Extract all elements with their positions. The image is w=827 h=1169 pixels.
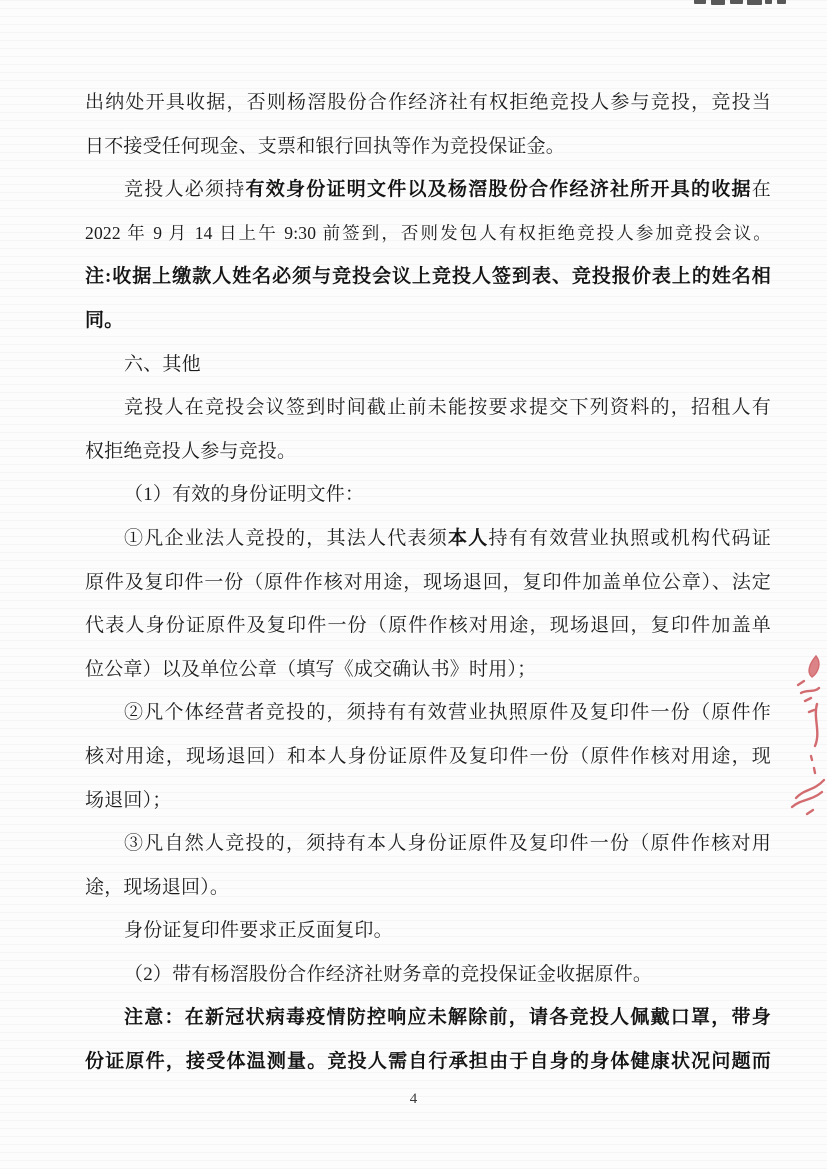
line-text: ③凡自然人竞投的，须持有本人身份证原件及复印件一份（原件作核对用 (124, 833, 771, 854)
line-text-bold: 份证原件，接受体温测量。竞投人需自行承担由于自身的身体健康状况问题而 (85, 1051, 771, 1072)
line-text: 原件及复印件一份（原件作核对用途，现场退回，复印件加盖单位公章）、法定 (85, 572, 771, 593)
scan-artifact (747, 0, 762, 5)
document-line: ①凡企业法人竞投的，其法人代表须本人持有有效营业执照或机构代码证 (85, 517, 771, 561)
document-line: 场退回）； (85, 779, 771, 823)
scan-artifact (765, 0, 772, 4)
line-text: 核对用途，现场退回）和本人身份证原件及复印件一份（原件作核对用途，现 (85, 746, 771, 767)
line-text: 日不接受任何现金、支票和银行回执等作为竞投保证金。 (85, 136, 565, 157)
document-line: 权拒绝竞投人参与竞投。 (85, 430, 771, 474)
document-line: 2022 年 9 月 14 日上午 9:30 前签到，否则发包人有权拒绝竞投人参… (85, 212, 771, 256)
line-text: 位公章）以及单位公章（填写《成交确认书》时用）； (85, 659, 536, 680)
line-text: 权拒绝竞投人参与竞投。 (85, 441, 296, 462)
line-text: 出纳处开具收据，否则杨滘股份合作经济社有权拒绝竞投人参与竞投，竞投当 (85, 92, 771, 113)
red-seal-fragment-icon (787, 648, 827, 823)
line-text: ①凡企业法人竞投的，其法人代表须 (124, 528, 448, 549)
scan-artifact (777, 0, 786, 4)
document-line: 注意：在新冠状病毒疫情防控响应未解除前，请各竞投人佩戴口罩，带身 (85, 996, 771, 1040)
line-text: 2022 年 9 月 14 日上午 9:30 前签到，否则发包人有权拒绝竞投人参… (85, 223, 771, 243)
line-text: 身份证复印件要求正反面复印。 (124, 920, 393, 941)
document-line: 竞投人必须持有效身份证明文件以及杨滘股份合作经济社所开具的收据在 (85, 168, 771, 212)
line-text: （2）带有杨滘股份合作经济社财务章的竞投保证金收据原件。 (124, 964, 652, 985)
document-line: 注:收据上缴款人姓名必须与竞投会议上竞投人签到表、竞投报价表上的姓名相 (85, 255, 771, 299)
scan-artifact (711, 0, 725, 5)
line-text: 代表人身份证原件及复印件一份（原件作核对用途，现场退回，复印件加盖单 (85, 615, 771, 636)
document-line: 份证原件，接受体温测量。竞投人需自行承担由于自身的身体健康状况问题而 (85, 1040, 771, 1084)
line-text-bold: 有效身份证明文件以及杨滘股份合作经济社所开具的收据 (246, 179, 752, 200)
document-line: 竞投人在竞投会议签到时间截止前未能按要求提交下列资料的，招租人有 (85, 386, 771, 430)
line-text: 六、其他 (124, 354, 201, 375)
line-text: 竞投人在竞投会议签到时间截止前未能按要求提交下列资料的，招租人有 (124, 397, 771, 418)
line-text: 场退回）； (85, 790, 172, 811)
document-line: 同。 (85, 299, 771, 343)
document-line: 途，现场退回）。 (85, 866, 771, 910)
document-line: （1）有效的身份证明文件： (85, 473, 771, 517)
document-line: 位公章）以及单位公章（填写《成交确认书》时用）； (85, 648, 771, 692)
line-text: （1）有效的身份证明文件： (124, 484, 364, 505)
document-line: ②凡个体经营者竞投的，须持有有效营业执照原件及复印件一份（原件作 (85, 691, 771, 735)
line-text-bold: 同。 (85, 310, 123, 331)
line-text: ②凡个体经营者竞投的，须持有有效营业执照原件及复印件一份（原件作 (124, 702, 771, 723)
line-text-bold: 注意：在新冠状病毒疫情防控响应未解除前，请各竞投人佩戴口罩，带身 (124, 1007, 771, 1028)
page-number: 4 (0, 1091, 827, 1108)
document-body: 出纳处开具收据，否则杨滘股份合作经济社有权拒绝竞投人参与竞投，竞投当日不接受任何… (85, 81, 771, 1084)
document-line: 身份证复印件要求正反面复印。 (85, 909, 771, 953)
document-line: 核对用途，现场退回）和本人身份证原件及复印件一份（原件作核对用途，现 (85, 735, 771, 779)
document-page: 出纳处开具收据，否则杨滘股份合作经济社有权拒绝竞投人参与竞投，竞投当日不接受任何… (0, 0, 827, 1169)
line-text-bold: 注:收据上缴款人姓名必须与竞投会议上竞投人签到表、竞投报价表上的姓名相 (85, 266, 771, 287)
document-line: 代表人身份证原件及复印件一份（原件作核对用途，现场退回，复印件加盖单 (85, 604, 771, 648)
scan-artifacts (0, 0, 827, 8)
line-text: 途，现场退回）。 (85, 877, 229, 898)
line-text: 在 (752, 179, 771, 200)
document-line: ③凡自然人竞投的，须持有本人身份证原件及复印件一份（原件作核对用 (85, 822, 771, 866)
document-line: 出纳处开具收据，否则杨滘股份合作经济社有权拒绝竞投人参与竞投，竞投当 (85, 81, 771, 125)
line-text: 竞投人必须持 (124, 179, 246, 200)
scan-artifact (730, 0, 743, 4)
line-text: 持有有效营业执照或机构代码证 (489, 528, 771, 549)
scan-artifact (694, 0, 706, 4)
line-text-bold: 本人 (448, 528, 489, 549)
document-line: 日不接受任何现金、支票和银行回执等作为竞投保证金。 (85, 125, 771, 169)
document-line: 原件及复印件一份（原件作核对用途，现场退回，复印件加盖单位公章）、法定 (85, 561, 771, 605)
document-line: （2）带有杨滘股份合作经济社财务章的竞投保证金收据原件。 (85, 953, 771, 997)
document-line: 六、其他 (85, 343, 771, 387)
